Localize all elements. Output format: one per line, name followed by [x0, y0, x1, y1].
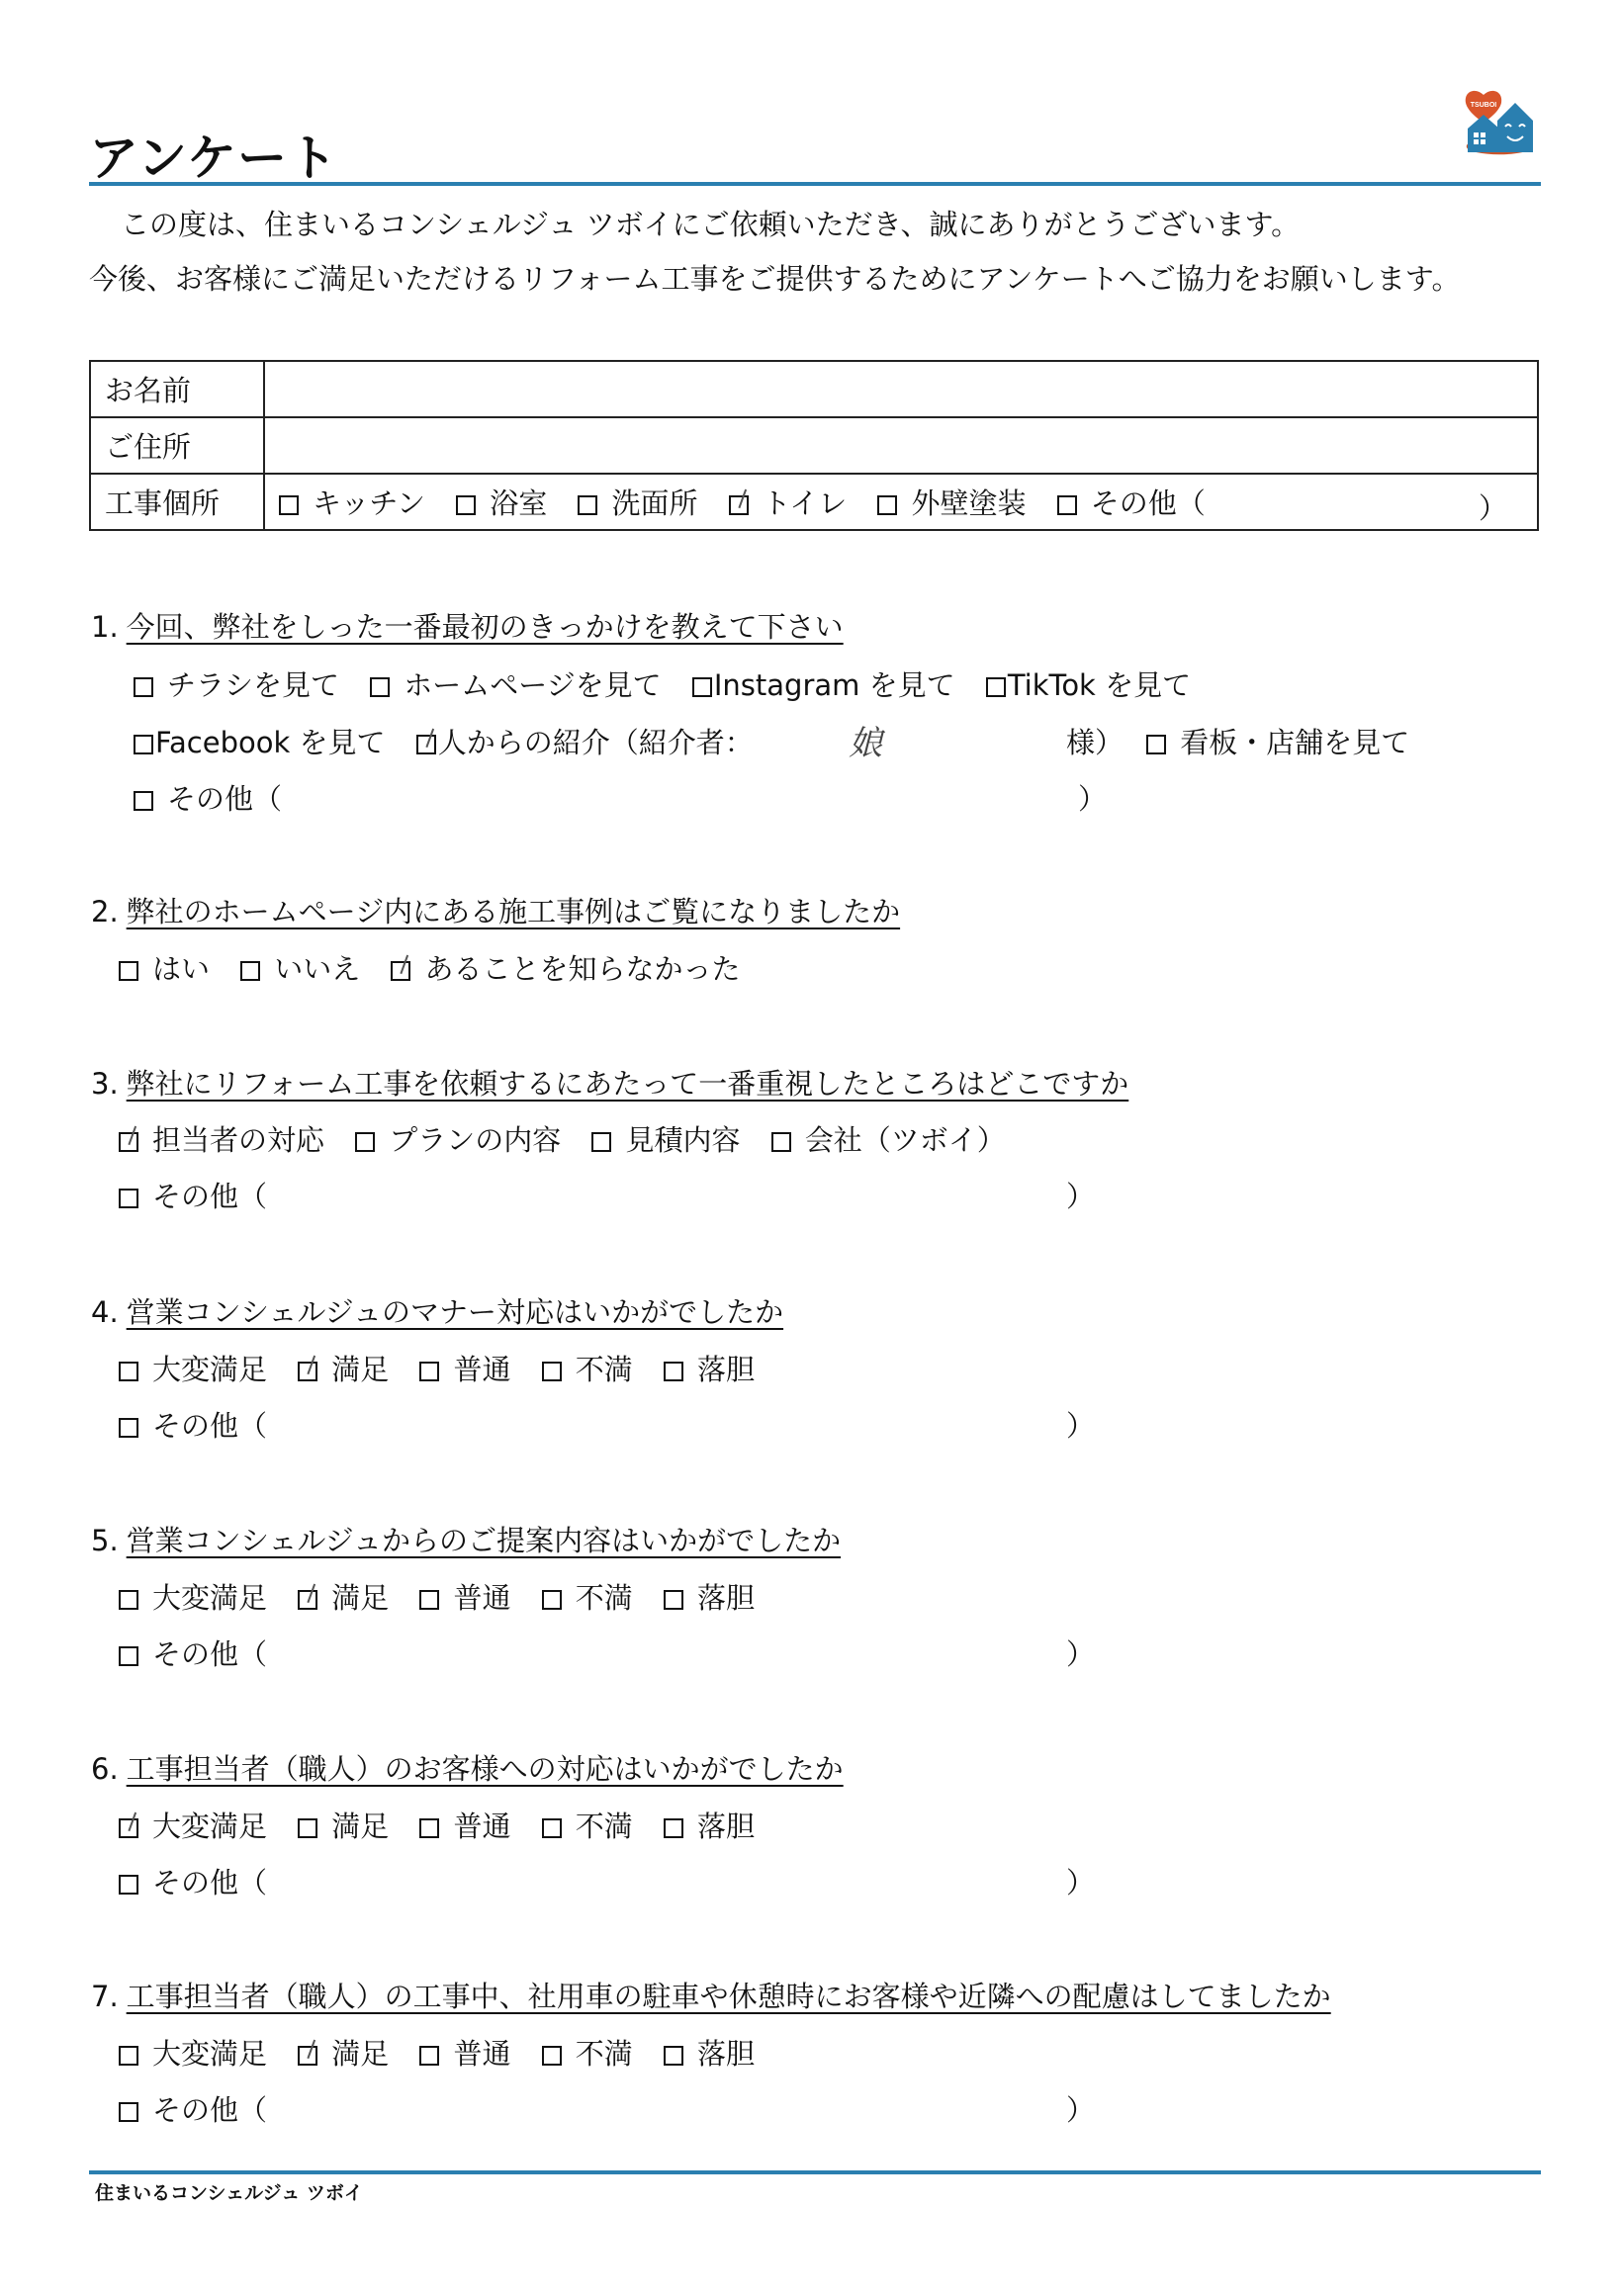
checkbox[interactable]	[119, 2102, 138, 2122]
checkbox[interactable]	[240, 961, 260, 981]
q6-option-disappointed[interactable]: 落胆	[664, 1805, 755, 1845]
q7-option-neutral[interactable]: 普通	[419, 2032, 510, 2073]
checkbox-checked[interactable]	[119, 1818, 138, 1838]
checkbox[interactable]	[664, 1362, 683, 1381]
question-7-heading: 7.工事担当者（職人）の工事中、社用車の駐車や休憩時にお客様や近隣への配慮はして…	[91, 1975, 1331, 2015]
q5-option-satisfied[interactable]: 満足	[298, 1576, 389, 1617]
q7-option-other[interactable]: その他（	[119, 2088, 267, 2129]
q5-option-dissatisfied[interactable]: 不満	[542, 1576, 633, 1617]
name-field[interactable]	[264, 361, 1538, 417]
q7-option-dissatisfied[interactable]: 不満	[542, 2032, 633, 2073]
checkbox[interactable]	[279, 495, 299, 515]
q3-option-company[interactable]: 会社（ツボイ）	[771, 1118, 1006, 1159]
svg-text:TSUBOI: TSUBOI	[1471, 102, 1497, 109]
location-option-exterior-paint[interactable]: 外壁塗装	[877, 482, 1026, 522]
checkbox-checked[interactable]	[391, 961, 410, 981]
checkbox[interactable]	[771, 1132, 791, 1152]
name-row: お名前	[90, 361, 1538, 417]
q3-option-estimate[interactable]: 見積内容	[591, 1118, 740, 1159]
question-2-row-1: はい いいえ あることを知らなかった	[119, 947, 762, 988]
address-label: ご住所	[90, 417, 264, 474]
checkbox[interactable]	[542, 1818, 562, 1838]
location-options: キッチン 浴室 洗面所 トイレ 外壁塗装 その他（ ）	[264, 474, 1538, 530]
q3-option-other[interactable]: その他（	[119, 1175, 267, 1215]
checkbox[interactable]	[355, 1132, 375, 1152]
page-title: アンケート	[89, 119, 338, 190]
intro-line-2: 今後、お客様にご満足いただけるリフォーム工事をご提供するためにアンケートへご協力…	[89, 257, 1461, 298]
question-1-row-2: Facebook を見て 人からの紹介（紹介者：	[134, 721, 754, 761]
checkbox[interactable]	[419, 1590, 439, 1610]
location-option-bath[interactable]: 浴室	[456, 482, 547, 522]
location-label: 工事個所	[90, 474, 264, 530]
location-option-toilet[interactable]: トイレ	[729, 482, 848, 522]
checkbox[interactable]	[119, 961, 138, 981]
question-5-heading: 5.営業コンシェルジュからのご提案内容はいかがでしたか	[91, 1519, 841, 1559]
q2-option-didnt-know[interactable]: あることを知らなかった	[391, 947, 740, 988]
question-2-heading: 2.弊社のホームページ内にある施工事例はご覧になりましたか	[91, 890, 900, 930]
q4-option-other[interactable]: その他（	[119, 1404, 267, 1445]
checkbox[interactable]	[119, 1590, 138, 1610]
checkbox[interactable]	[591, 1132, 611, 1152]
checkbox[interactable]	[664, 2046, 683, 2066]
checkbox[interactable]	[119, 1418, 138, 1438]
q6-option-satisfied[interactable]: 満足	[298, 1805, 389, 1845]
checkbox[interactable]	[877, 495, 897, 515]
checkbox-checked[interactable]	[298, 2046, 317, 2066]
question-1-row-1: チラシを見て ホームページを見て Instagram を見て TikTok を見…	[134, 663, 1213, 704]
q4-option-disappointed[interactable]: 落胆	[664, 1348, 755, 1388]
checkbox[interactable]	[419, 1362, 439, 1381]
name-label: お名前	[90, 361, 264, 417]
q4-other-close-paren: ）	[1066, 1404, 1095, 1445]
checkbox[interactable]	[456, 495, 476, 515]
question-1-heading: 1.今回、弊社をしった一番最初のきっかけを教えて下さい	[91, 605, 844, 646]
question-6-row-1: 大変満足 満足 普通 不満 落胆	[119, 1805, 776, 1845]
footer-company-name: 住まいるコンシェルジュ ツボイ	[95, 2178, 363, 2205]
checkbox[interactable]	[692, 677, 712, 697]
checkbox[interactable]	[419, 1818, 439, 1838]
q1-option-tiktok[interactable]: TikTok を見て	[986, 663, 1191, 704]
checkbox[interactable]	[542, 2046, 562, 2066]
question-4-row-1: 大変満足 満足 普通 不満 落胆	[119, 1348, 776, 1388]
checkbox[interactable]	[298, 1818, 317, 1838]
address-row: ご住所	[90, 417, 1538, 474]
location-row: 工事個所 キッチン 浴室 洗面所 トイレ 外壁塗装 その他（ ）	[90, 474, 1538, 530]
q5-option-other[interactable]: その他（	[119, 1633, 267, 1673]
q2-option-no[interactable]: いいえ	[240, 947, 360, 988]
q7-option-disappointed[interactable]: 落胆	[664, 2032, 755, 2073]
q6-option-dissatisfied[interactable]: 不満	[542, 1805, 633, 1845]
other-close-paren: ）	[1479, 486, 1507, 527]
q2-option-yes[interactable]: はい	[119, 947, 210, 988]
q3-option-staff[interactable]: 担当者の対応	[119, 1118, 324, 1159]
question-6-heading: 6.工事担当者（職人）のお客様への対応はいかがでしたか	[91, 1747, 844, 1788]
checkbox-checked[interactable]	[729, 495, 749, 515]
q1-option-facebook[interactable]: Facebook を見て	[134, 721, 385, 761]
checkbox[interactable]	[370, 677, 390, 697]
q7-other-close-paren: ）	[1066, 2088, 1095, 2129]
q5-option-disappointed[interactable]: 落胆	[664, 1576, 755, 1617]
checkbox[interactable]	[419, 2046, 439, 2066]
checkbox[interactable]	[134, 677, 153, 697]
checkbox[interactable]	[119, 1189, 138, 1208]
checkbox-checked[interactable]	[298, 1362, 317, 1381]
q7-option-very-satisfied[interactable]: 大変満足	[119, 2032, 267, 2073]
q6-option-other[interactable]: その他（	[119, 1861, 267, 1901]
q1-option-homepage[interactable]: ホームページを見て	[370, 663, 661, 704]
q1-referrer-suffix: 様） 看板・店舗を見て	[1066, 721, 1431, 761]
address-field[interactable]	[264, 417, 1538, 474]
checkbox-checked[interactable]	[119, 1132, 138, 1152]
q5-other-close-paren: ）	[1066, 1633, 1095, 1673]
q4-option-neutral[interactable]: 普通	[419, 1348, 510, 1388]
location-option-other[interactable]: その他（	[1057, 482, 1206, 522]
q1-option-instagram[interactable]: Instagram を見て	[692, 663, 955, 704]
checkbox[interactable]	[119, 1646, 138, 1666]
q3-other-close-paren: ）	[1066, 1175, 1095, 1215]
checkbox[interactable]	[578, 495, 597, 515]
checkbox[interactable]	[986, 677, 1006, 697]
q3-option-plan[interactable]: プランの内容	[355, 1118, 561, 1159]
checkbox[interactable]	[542, 1590, 562, 1610]
location-option-kitchen[interactable]: キッチン	[279, 482, 425, 522]
q1-option-other[interactable]: その他（	[134, 777, 282, 818]
q1-option-referral[interactable]: 人からの紹介（紹介者：	[416, 721, 754, 761]
q4-option-very-satisfied[interactable]: 大変満足	[119, 1348, 267, 1388]
checkbox[interactable]	[1057, 495, 1077, 515]
location-option-washroom[interactable]: 洗面所	[578, 482, 697, 522]
header-divider	[89, 182, 1541, 186]
checkbox[interactable]	[542, 1362, 562, 1381]
q6-option-neutral[interactable]: 普通	[419, 1805, 510, 1845]
q1-other-close-paren: ）	[1078, 777, 1107, 818]
tsuboi-logo-icon: TSUBOI	[1462, 87, 1537, 158]
checkbox[interactable]	[119, 1875, 138, 1895]
q1-option-signboard[interactable]: 看板・店舗を見て	[1146, 721, 1409, 761]
checkbox[interactable]	[119, 2046, 138, 2066]
checkbox[interactable]	[119, 1362, 138, 1381]
footer-divider	[89, 2170, 1541, 2174]
q4-option-satisfied[interactable]: 満足	[298, 1348, 389, 1388]
q6-other-close-paren: ）	[1066, 1861, 1095, 1901]
checkbox[interactable]	[664, 1590, 683, 1610]
referrer-handwritten-value[interactable]: 娘	[849, 716, 882, 764]
question-4-heading: 4.営業コンシェルジュのマナー対応はいかがでしたか	[91, 1290, 783, 1331]
q1-option-flyer[interactable]: チラシを見て	[134, 663, 339, 704]
q6-option-very-satisfied[interactable]: 大変満足	[119, 1805, 267, 1845]
checkbox-checked[interactable]	[298, 1590, 317, 1610]
q7-option-satisfied[interactable]: 満足	[298, 2032, 389, 2073]
q5-option-neutral[interactable]: 普通	[419, 1576, 510, 1617]
checkbox[interactable]	[1146, 735, 1166, 754]
checkbox[interactable]	[134, 735, 153, 754]
customer-info-table: お名前 ご住所 工事個所 キッチン 浴室 洗面所 トイレ 外壁塗装 その他（ ）	[89, 360, 1539, 531]
checkbox-checked[interactable]	[416, 735, 436, 754]
question-5-row-1: 大変満足 満足 普通 不満 落胆	[119, 1576, 776, 1617]
checkbox[interactable]	[664, 1818, 683, 1838]
question-3-heading: 3.弊社にリフォーム工事を依頼するにあたって一番重視したところはどこですか	[91, 1062, 1128, 1103]
q5-option-very-satisfied[interactable]: 大変満足	[119, 1576, 267, 1617]
question-3-row-1: 担当者の対応 プランの内容 見積内容 会社（ツボイ）	[119, 1118, 1028, 1159]
question-7-row-1: 大変満足 満足 普通 不満 落胆	[119, 2032, 776, 2073]
checkbox[interactable]	[134, 791, 153, 811]
intro-line-1: この度は、住まいるコンシェルジュ ツボイにご依頼いただき、誠にありがとうございま…	[121, 203, 1300, 243]
q4-option-dissatisfied[interactable]: 不満	[542, 1348, 633, 1388]
